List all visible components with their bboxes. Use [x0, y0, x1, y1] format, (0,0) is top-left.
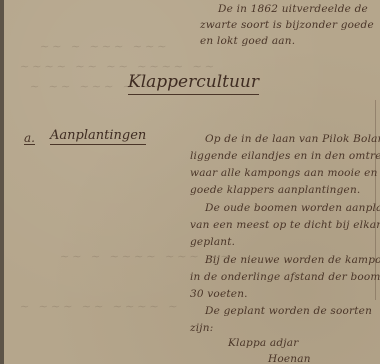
variety-list-item-2: Hoenan: [268, 353, 311, 364]
paragraph-3-line-1: Bij de nieuwe worden de kampongs: [205, 254, 380, 266]
paragraph-2-line-3: geplant.: [190, 236, 235, 248]
variety-list-item-1: Klappa adjar: [228, 337, 298, 349]
section-title: Klappercultuur: [128, 72, 259, 95]
paragraph-1-line-2: liggende eilandjes en in den omtrek van: [190, 150, 380, 162]
manuscript-page: ~~ ~ ~~~ ~~~ ~~~~ ~~ ~~ ~~~~ ~~ ~ ~~ ~~~…: [0, 0, 380, 364]
paragraph-4-line-2: zijn:: [190, 322, 213, 334]
paragraph-1-line-4: goede klappers aanplantingen.: [190, 184, 360, 196]
page-edge-shadow: [0, 0, 4, 364]
top-paragraph-line-2: zwarte soort is bijzonder goede: [200, 19, 374, 31]
margin-rule: [375, 100, 376, 300]
bleed-through-text: ~ ~~~ ~~ ~~~~ ~: [18, 300, 182, 313]
item-marker: a.: [24, 132, 35, 145]
item-heading: Aanplantingen: [50, 128, 146, 145]
paragraph-2-line-1: De oude boomen worden aanplanten,: [205, 202, 380, 214]
paragraph-2-line-2: van een meest op te dicht bij elkander: [190, 219, 380, 231]
paragraph-3-line-3: 30 voeten.: [190, 288, 248, 300]
paragraph-3-line-2: in de onderlinge afstand der boomen: [190, 271, 380, 283]
paragraph-1-line-3: waar alle kampongs aan mooie en: [190, 167, 378, 179]
paragraph-4-line-1: De geplant worden de soorten: [205, 305, 372, 317]
paragraph-1-line-1: Op de in de laan van Pilok Bolang: [205, 133, 380, 145]
top-paragraph-line-1: De in 1862 uitverdeelde de: [218, 3, 368, 15]
top-paragraph-line-3: en lokt goed aan.: [200, 35, 295, 47]
bleed-through-text: ~~ ~ ~~~ ~~~: [38, 40, 171, 53]
